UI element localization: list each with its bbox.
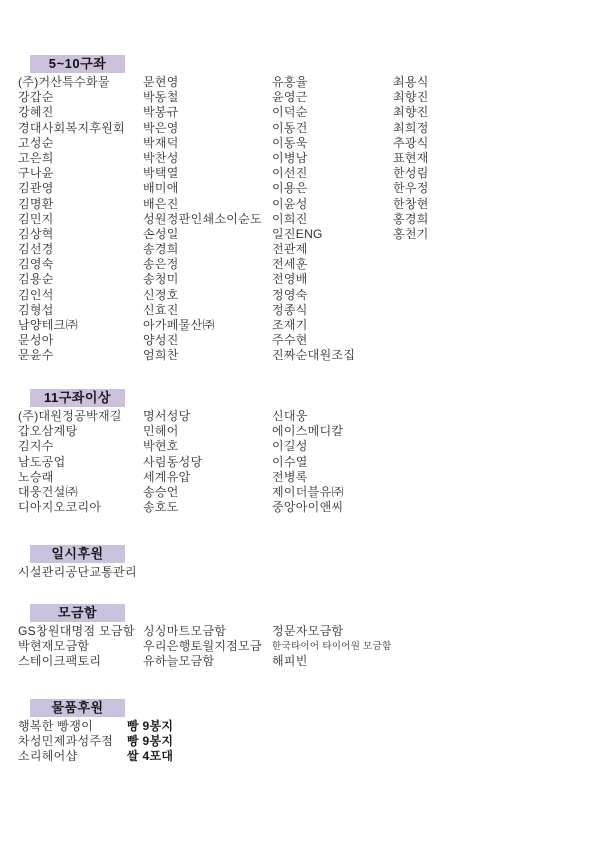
- donor-name: 한창현: [393, 197, 429, 212]
- donor-name: 세계유압: [143, 470, 202, 485]
- donor-name: 갑오삼계탕: [18, 424, 122, 439]
- donor-name: 민헤어: [143, 424, 202, 439]
- donor-name: 양성진: [143, 333, 262, 348]
- donor-name: 김상혁: [18, 227, 125, 242]
- donor-name: 김형섭: [18, 303, 125, 318]
- donor-name: 김지수: [18, 439, 122, 454]
- donor-name: 구나윤: [18, 166, 125, 181]
- section-header: 5~10구좌: [30, 55, 125, 73]
- donor-name: 노승래: [18, 470, 122, 485]
- donor-name: 전관제: [272, 242, 355, 257]
- donor-name: 최향진: [393, 90, 429, 105]
- donor-name: 박택열: [143, 166, 262, 181]
- donor-name: 이길성: [272, 439, 344, 454]
- donor-name: 김명환: [18, 197, 125, 212]
- donor-name: 김인석: [18, 288, 125, 303]
- donor-name: 박동철: [143, 90, 262, 105]
- donor-name: 이동욱: [272, 136, 355, 151]
- donor-section: 물품후원 행복한 빵쟁이차성민제과성주점소리헤어샵빵 9봉지빵 9봉지쌀 4포대: [0, 699, 600, 717]
- donor-name: 한우정: [393, 181, 429, 196]
- donor-name: 조재기: [272, 318, 355, 333]
- donor-name: 이병남: [272, 151, 355, 166]
- donor-name: 대웅건설㈜: [18, 485, 122, 500]
- donor-name: 김영숙: [18, 257, 125, 272]
- donor-name: 송경희: [143, 242, 262, 257]
- donor-name: 송호도: [143, 500, 202, 515]
- donor-name: 김민지: [18, 212, 125, 227]
- donor-name: 문윤수: [18, 348, 125, 363]
- donor-column: (주)대원정공박재길갑오삼계탕김지수남도공업노승래대웅건설㈜디아지오코리아: [18, 409, 122, 515]
- donor-name: 행복한 빵쟁이: [18, 719, 113, 734]
- donor-name: 박은영: [143, 121, 262, 136]
- donor-name: 성원정판인쇄소이순도: [143, 212, 262, 227]
- donor-name: 전병록: [272, 470, 344, 485]
- donor-name: 배미애: [143, 181, 262, 196]
- section-header: 일시후원: [30, 545, 125, 563]
- donor-name: 홍천기: [393, 227, 429, 242]
- donor-name: 최용식: [393, 75, 429, 90]
- donor-name: 최희정: [393, 121, 429, 136]
- donor-name: 이선진: [272, 166, 355, 181]
- donor-name: 홍경희: [393, 212, 429, 227]
- donor-column: 신대웅에이스메디칼이길성이수열전병록제이더블유㈜중앙아이앤씨: [272, 409, 344, 515]
- donor-name: 이희진: [272, 212, 355, 227]
- donor-name: 이수열: [272, 455, 344, 470]
- donor-name: 명서성당: [143, 409, 202, 424]
- section-header: 모금함: [30, 604, 125, 622]
- section-header: 물품후원: [30, 699, 125, 717]
- donor-name: 빵 9봉지: [127, 719, 173, 734]
- donor-name: 남도공업: [18, 455, 122, 470]
- donor-name: 박찬성: [143, 151, 262, 166]
- donor-name: 박재덕: [143, 136, 262, 151]
- donor-name: 쌀 4포대: [127, 749, 173, 764]
- donor-name: 김관영: [18, 181, 125, 196]
- donor-name: 중앙아이앤씨: [272, 500, 344, 515]
- donor-column: 문현영박동철박봉규박은영박재덕박찬성박택열배미애배은진성원정판인쇄소이순도손성일…: [143, 75, 262, 364]
- donor-name: 정종식: [272, 303, 355, 318]
- donor-name: 이동건: [272, 121, 355, 136]
- donor-name: 제이더블유㈜: [272, 485, 344, 500]
- donor-column: 유홍율윤영근이덕순이동건이동욱이병남이선진이용은이윤성이희진일진ENG전관제전세…: [272, 75, 355, 364]
- donor-name: 이윤성: [272, 197, 355, 212]
- donor-section: 모금함 GS창원대명점 모금함박현재모금함스테이크팩토리싱싱마트모금함우리은행토…: [0, 604, 600, 622]
- donor-name: 진짜순대원조집: [272, 348, 355, 363]
- donor-name: 박현재모금함: [18, 639, 135, 654]
- donor-name: 신대웅: [272, 409, 344, 424]
- donor-name: 정영숙: [272, 288, 355, 303]
- donor-name: 디아지오코리아: [18, 500, 122, 515]
- donor-name: GS창원대명점 모금함: [18, 624, 135, 639]
- donor-name: 전세훈: [272, 257, 355, 272]
- donor-section: 일시후원 시설관리공단교통관리: [0, 545, 600, 563]
- donor-name: 차성민제과성주점: [18, 734, 113, 749]
- donor-column: (주)거산특수화물강갑순강혜진경대사회복지후원회고성순고은희구나윤김관영김명환김…: [18, 75, 125, 364]
- donor-name: 강갑순: [18, 90, 125, 105]
- donor-name: 정문자모금함: [272, 624, 392, 639]
- donor-name: (주)거산특수화물: [18, 75, 125, 90]
- donor-name: 주수현: [272, 333, 355, 348]
- donor-column: 최용식최향진최향진최희정추광식표현재한성림한우정한창현홍경희홍천기: [393, 75, 429, 242]
- donor-name: 아가페물산㈜: [143, 318, 262, 333]
- donor-name: 신정호: [143, 288, 262, 303]
- donor-section: 5~10구좌 (주)거산특수화물강갑순강혜진경대사회복지후원회고성순고은희구나윤…: [0, 55, 600, 73]
- donor-name: 한국타이어 타이어원 모금함: [272, 639, 392, 654]
- donor-name: 강혜진: [18, 105, 125, 120]
- donor-name: 문성아: [18, 333, 125, 348]
- donor-name: 추광식: [393, 136, 429, 151]
- donor-column: 명서성당민헤어박현호사림동성당세계유압송승언송호도: [143, 409, 202, 515]
- donor-column: GS창원대명점 모금함박현재모금함스테이크팩토리: [18, 624, 135, 670]
- donor-name: 경대사회복지후원회: [18, 121, 125, 136]
- donor-section: 11구좌이상 (주)대원정공박재길갑오삼계탕김지수남도공업노승래대웅건설㈜디아지…: [0, 389, 600, 407]
- donor-name: 사림동성당: [143, 455, 202, 470]
- donor-name: 김선경: [18, 242, 125, 257]
- donor-name: 엄희찬: [143, 348, 262, 363]
- donor-name: 박봉규: [143, 105, 262, 120]
- donor-name: 신효진: [143, 303, 262, 318]
- donor-name: 김용순: [18, 272, 125, 287]
- donor-list-page: 5~10구좌 (주)거산특수화물강갑순강혜진경대사회복지후원회고성순고은희구나윤…: [0, 0, 600, 849]
- donor-name: 송청미: [143, 272, 262, 287]
- donor-name: 배은진: [143, 197, 262, 212]
- donor-name: 싱싱마트모금함: [143, 624, 262, 639]
- donor-column: 시설관리공단교통관리: [18, 565, 137, 580]
- donor-name: 이용은: [272, 181, 355, 196]
- donor-name: 최향진: [393, 105, 429, 120]
- donor-name: 전영배: [272, 272, 355, 287]
- donor-name: 윤영근: [272, 90, 355, 105]
- donor-column: 싱싱마트모금함우리은행토월지점모금유하늘모금함: [143, 624, 262, 670]
- donor-name: 일진ENG: [272, 227, 355, 242]
- donor-name: 송은정: [143, 257, 262, 272]
- donor-column: 빵 9봉지빵 9봉지쌀 4포대: [127, 719, 173, 765]
- donor-name: 고은희: [18, 151, 125, 166]
- donor-name: (주)대원정공박재길: [18, 409, 122, 424]
- donor-name: 송승언: [143, 485, 202, 500]
- donor-name: 손성일: [143, 227, 262, 242]
- donor-name: 유하늘모금함: [143, 654, 262, 669]
- donor-name: 한성림: [393, 166, 429, 181]
- section-header: 11구좌이상: [30, 389, 125, 407]
- donor-name: 표현재: [393, 151, 429, 166]
- donor-column: 정문자모금함한국타이어 타이어원 모금함해피빈: [272, 624, 392, 670]
- donor-name: 에이스메디칼: [272, 424, 344, 439]
- donor-name: 유홍율: [272, 75, 355, 90]
- donor-column: 행복한 빵쟁이차성민제과성주점소리헤어샵: [18, 719, 113, 765]
- donor-name: 시설관리공단교통관리: [18, 565, 137, 580]
- donor-name: 해피빈: [272, 654, 392, 669]
- donor-name: 스테이크팩토리: [18, 654, 135, 669]
- donor-name: 우리은행토월지점모금: [143, 639, 262, 654]
- donor-name: 소리헤어샵: [18, 749, 113, 764]
- donor-name: 이덕순: [272, 105, 355, 120]
- donor-name: 박현호: [143, 439, 202, 454]
- donor-name: 남양테크㈜: [18, 318, 125, 333]
- donor-name: 고성순: [18, 136, 125, 151]
- donor-name: 문현영: [143, 75, 262, 90]
- donor-name: 빵 9봉지: [127, 734, 173, 749]
